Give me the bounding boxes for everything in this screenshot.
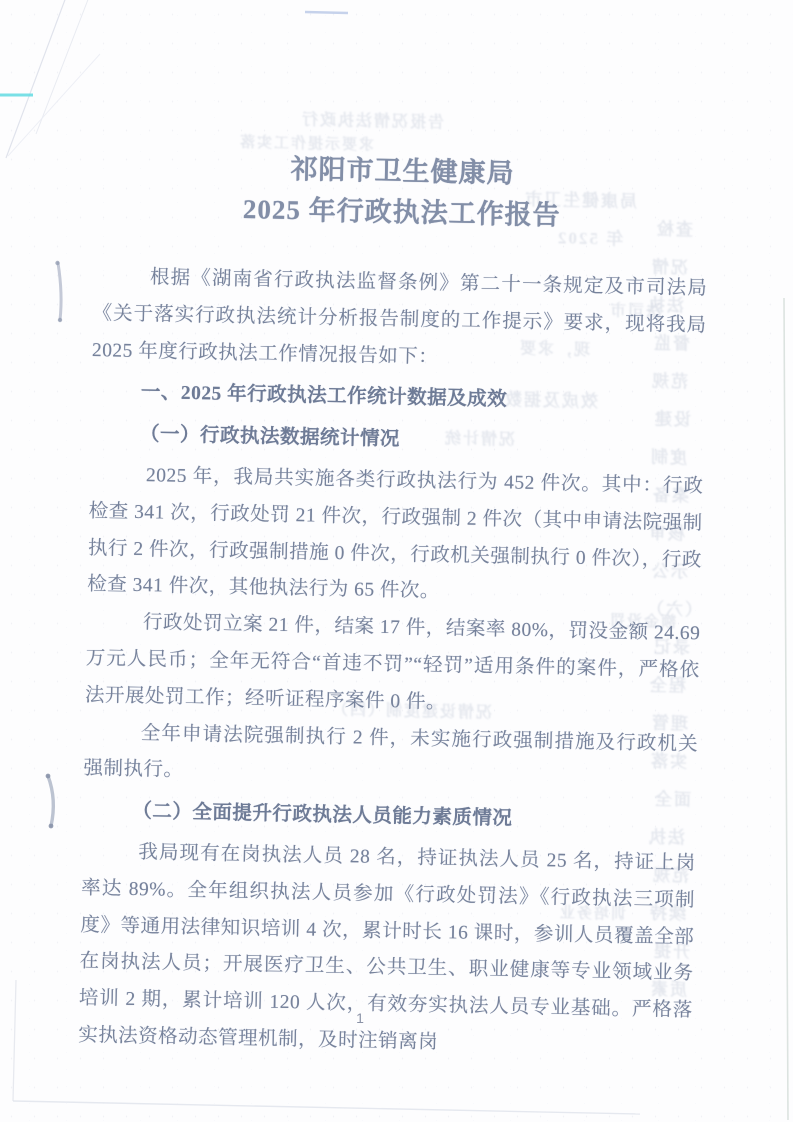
page-number: 1 — [340, 1010, 380, 1026]
page-edge-line-right — [784, 298, 788, 1120]
page-edge-line-left — [13, 980, 16, 1101]
scanned-page: 告报况情法执政行求要示提作工实落局康健生卫市年 5202法司市现，求要效成及据数… — [0, 0, 793, 1122]
section-heading: 一、2025 年行政执法工作统计数据及成效 — [91, 374, 706, 423]
body-paragraph: 根据《湖南省行政执法监督条例》第二十一条规定及市司法局《关于落实行政执法统计分析… — [92, 259, 708, 382]
body-paragraph: 全年申请法院强制执行 2 件，未实施行政强制措施及行政机关强制执行。 — [83, 715, 698, 801]
body-paragraph: 我局现有在岗执法人员 28 名，持证执法人员 25 名，持证上岗率达 89%。全… — [78, 834, 696, 1067]
staple-mark — [58, 263, 61, 320]
body-paragraph: 行政处罚立案 21 件，结案 17 件，结案率 80%，罚没金额 24.69 万… — [85, 604, 701, 727]
staple-mark — [58, 318, 62, 322]
body-paragraph: 2025 年，我局共实施各类行政执法行为 452 件次。其中：行政检查 341 … — [87, 457, 704, 616]
crease-line — [8, 54, 100, 156]
staple-mark — [49, 824, 54, 829]
staple-mark — [48, 776, 53, 826]
document-content: 祁阳市卫生健康局 2025 年行政执法工作报告 根据《湖南省行政执法监督条例》第… — [78, 145, 710, 1067]
document-title: 祁阳市卫生健康局 2025 年行政执法工作报告 — [94, 145, 710, 239]
crease-line — [36, 0, 89, 134]
page-edge-line-bottom — [13, 1101, 640, 1114]
document-body: 根据《湖南省行政执法监督条例》第二十一条规定及市司法局《关于落实行政执法统计分析… — [78, 259, 708, 1067]
scanner-streak-blue — [305, 12, 348, 13]
staple-mark — [55, 261, 59, 265]
staple-mark — [46, 774, 51, 779]
